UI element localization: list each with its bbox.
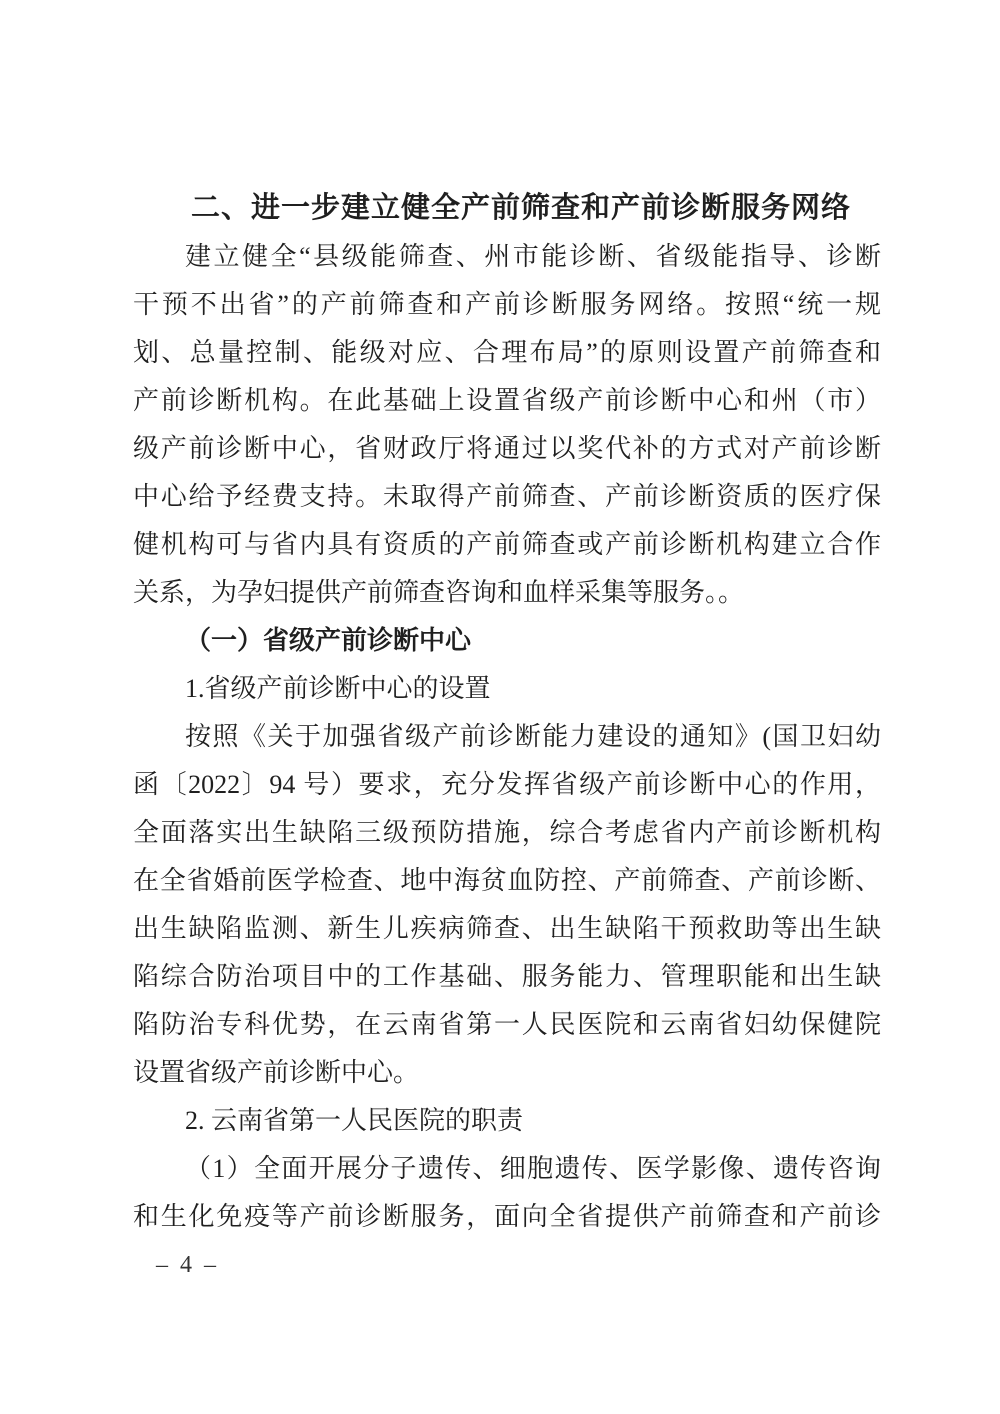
text-line: 在全省婚前医学检查、地中海贫血防控、产前筛查、产前诊断、: [133, 857, 881, 905]
subsection-1-heading: （一）省级产前诊断中心: [133, 617, 881, 665]
text-line: 中心给予经费支持。未取得产前筛查、产前诊断资质的医疗保: [133, 473, 881, 521]
text-line: 陷综合防治项目中的工作基础、服务能力、管理职能和出生缺: [133, 953, 881, 1001]
text-line: 设置省级产前诊断中心。: [133, 1049, 881, 1097]
text-line: 产前诊断机构。在此基础上设置省级产前诊断中心和州（市）: [133, 377, 881, 425]
section-2-heading: 二、进一步建立健全产前筛查和产前诊断服务网络: [133, 183, 881, 233]
text-line: 级产前诊断中心，省财政厅将通过以奖代补的方式对产前诊断: [133, 425, 881, 473]
text-line: 健机构可与省内具有资质的产前筛查或产前诊断机构建立合作: [133, 521, 881, 569]
document-body: 二、进一步建立健全产前筛查和产前诊断服务网络 建立健全“县级能筛查、州市能诊断、…: [133, 183, 881, 1241]
text-line: 划、总量控制、能级对应、合理布局”的原则设置产前筛查和: [133, 329, 881, 377]
text-line: 全面落实出生缺陷三级预防措施，综合考虑省内产前诊断机构: [133, 809, 881, 857]
text-line: 关系，为孕妇提供产前筛查咨询和血样采集等服务。。: [133, 569, 881, 617]
text-line: 按照《关于加强省级产前诊断能力建设的通知》(国卫妇幼: [133, 713, 881, 761]
document-page: 二、进一步建立健全产前筛查和产前诊断服务网络 建立健全“县级能筛查、州市能诊断、…: [0, 0, 1000, 1414]
item-2-heading: 2. 云南省第一人民医院的职责: [133, 1097, 881, 1145]
page-number: – 4 –: [156, 1252, 219, 1279]
text-line: （1）全面开展分子遗传、细胞遗传、医学影像、遗传咨询: [133, 1145, 881, 1193]
text-line: 和生化免疫等产前诊断服务，面向全省提供产前筛查和产前诊: [133, 1193, 881, 1241]
item-1-heading: 1.省级产前诊断中心的设置: [133, 665, 881, 713]
paragraph-provincial-center: 按照《关于加强省级产前诊断能力建设的通知》(国卫妇幼 函〔2022〕94 号）要…: [133, 713, 881, 1097]
text-line: 建立健全“县级能筛查、州市能诊断、省级能指导、诊断: [133, 233, 881, 281]
text-line: 函〔2022〕94 号）要求，充分发挥省级产前诊断中心的作用，: [133, 761, 881, 809]
text-line: 干预不出省”的产前筛查和产前诊断服务网络。按照“统一规: [133, 281, 881, 329]
paragraph-network: 建立健全“县级能筛查、州市能诊断、省级能指导、诊断 干预不出省”的产前筛查和产前…: [133, 233, 881, 617]
text-line: 陷防治专科优势，在云南省第一人民医院和云南省妇幼保健院: [133, 1001, 881, 1049]
text-line: 出生缺陷监测、新生儿疾病筛查、出生缺陷干预救助等出生缺: [133, 905, 881, 953]
paragraph-hospital-duties: （1）全面开展分子遗传、细胞遗传、医学影像、遗传咨询 和生化免疫等产前诊断服务，…: [133, 1145, 881, 1241]
